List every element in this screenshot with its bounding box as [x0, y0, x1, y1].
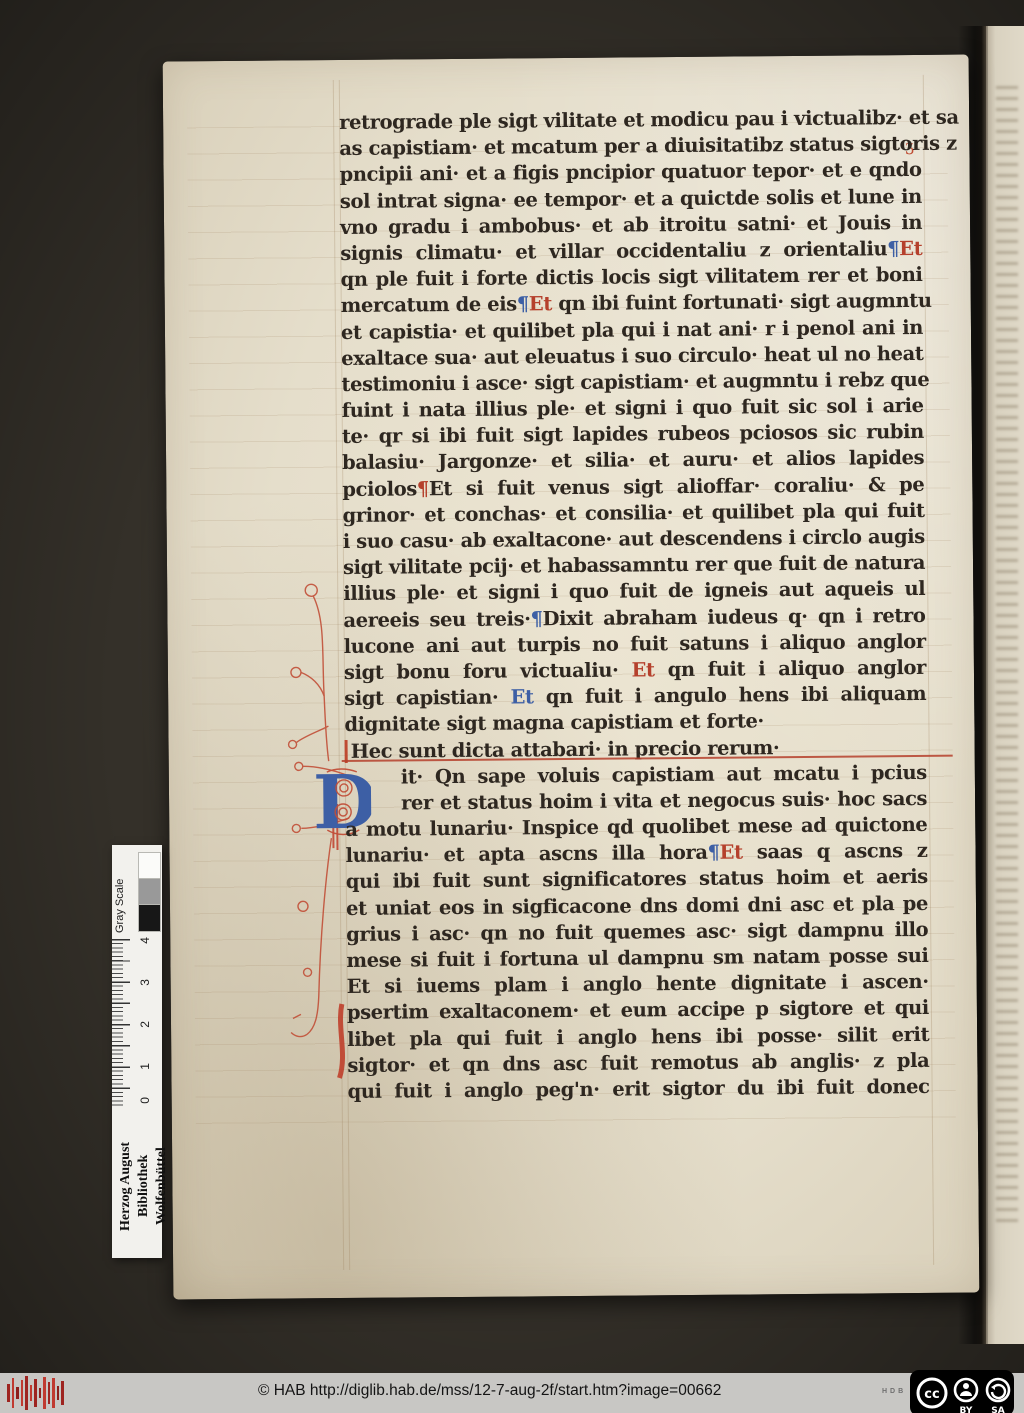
manuscript-text-segment: balasiu· Jargonze· et silia· et auru· et… — [342, 446, 924, 474]
facing-page-ghost-text — [996, 86, 1018, 1226]
manuscript-text-segment: qui ibi fuit sunt significatores status … — [346, 865, 928, 893]
manuscript-text-segment: retrograde ple sigt vilitate et modicu p… — [339, 106, 959, 134]
manuscript-text-segment: testimoniu i asce· sigt capistiam· et au… — [341, 368, 929, 396]
calibration-strip: Gray Scale 4 3 2 1 0 Herzog August Bibli… — [112, 845, 162, 1258]
rubricated-segment: Et — [529, 292, 552, 315]
manuscript-text-segment: te· qr si ibi fuit sigt lapides rubeos p… — [342, 420, 924, 448]
manuscript-text-segment: grinor· et conchas· et consilia· et quil… — [342, 499, 924, 527]
by-person-icon — [960, 1391, 972, 1396]
manuscript-text-segment: exaltace sua· aut eleuatus i suo circulo… — [341, 342, 923, 370]
ruler-number-2: 2 — [138, 1021, 152, 1028]
rubricated-segment: Et — [498, 685, 533, 708]
gray-scale-label: Gray Scale — [114, 851, 126, 933]
manuscript-text-segment: sigt bonu foru victualiu· — [344, 659, 619, 684]
manuscript-text-segment: sol intrat signa· ee tempor· et a quictd… — [340, 184, 922, 212]
gray-scale-patch-white — [138, 852, 161, 880]
manuscript-text-segment: as capistiam· et mcatum per a diuisitati… — [339, 132, 957, 160]
manuscript-text-segment: qn fuit i aliquo anglor — [654, 656, 926, 681]
manuscript-text-segment: pciolos — [342, 477, 417, 501]
manuscript-text-segment: fuint i nata illius ple· et signi i quo … — [342, 394, 924, 422]
manuscript-text-segment: aereeis seu treis· — [343, 607, 530, 632]
copyright-url-text: © HAB http://diglib.hab.de/mss/12-7-aug-… — [258, 1382, 721, 1400]
library-name-line2: Wolfenbüttel — [153, 1117, 171, 1255]
manuscript-text-segment: a motu lunariu· Inspice qd quolibet mese… — [345, 813, 927, 841]
manuscript-text-segment: mercatum de eis — [341, 293, 517, 318]
footer-mark: HDB — [882, 1388, 906, 1395]
manuscript-text-segment: Dixit abraham iudeus q· qn i retro — [543, 603, 926, 629]
scan-background: D ʒ retrograde ple sigt vilitate et modi… — [0, 0, 1024, 1413]
ruler-number-3: 3 — [138, 979, 152, 986]
manuscript-text-segment: psertim exaltaconem· et eum accipe p sig… — [347, 996, 929, 1024]
manuscript-text-segment: rer et status hoim i vita et negocus sui… — [401, 787, 927, 815]
ruler-ticks-major — [112, 939, 130, 1109]
rubricated-segment: Et — [899, 237, 922, 260]
manuscript-text-segment: signis climatu· et villar occidentaliu z… — [340, 237, 887, 265]
manuscript-text-segment: et uniat eos in sigficacone dns domi dni… — [346, 892, 928, 920]
manuscript-text-segment: it· Qn sape voluis capistiam aut mcatu i… — [401, 761, 927, 789]
rubricated-segment: ¶ — [517, 293, 529, 316]
manuscript-text-segment: sigt capistian· — [344, 686, 498, 710]
ruler-number-4: 4 — [138, 937, 152, 944]
manuscript-text-segment: mese si fuit i fortuna ul dampnu sm nata… — [346, 944, 928, 972]
rubricated-segment: Et — [719, 841, 742, 864]
manuscript-text-segment: saas q ascns z — [743, 839, 928, 864]
manuscript-text-segment: illius ple· et signi i quo fuit de ignei… — [343, 577, 925, 605]
library-name-line1: Herzog August Bibliothek — [117, 1117, 153, 1255]
manuscript-text-line: qui fuit i anglo peg'n· erit sigtor du i… — [347, 1074, 929, 1105]
manuscript-text-block: retrograde ple sigt vilitate et modicu p… — [339, 105, 930, 1105]
manuscript-text-segment: dignitate sigt magna capistiam et forte· — [344, 710, 764, 737]
manuscript-text-segment: i suo casu· ab exaltacone· aut descenden… — [343, 525, 925, 553]
manuscript-text-segment: sigtor· et qn dns asc fuit remotus ab an… — [347, 1049, 929, 1077]
manuscript-text-segment: grius i asc· qn no fuit quemes asc· sigt… — [346, 918, 928, 946]
manuscript-text-segment: lucone ani aut turpis no fuit satuns i a… — [344, 630, 926, 658]
gray-scale-patch-gray — [138, 878, 161, 906]
cc-license-badge: cc BY SA — [910, 1370, 1014, 1413]
manuscript-text-segment: lunariu· et apta ascns illa hora — [345, 841, 707, 867]
color-calibration-barcode — [6, 1375, 66, 1411]
manuscript-text-segment: qn ple fuit i forte dictis locis sigt vi… — [340, 263, 922, 291]
library-name: Herzog August Bibliothek Wolfenbüttel — [117, 1117, 159, 1255]
ruler-number-0: 0 — [138, 1097, 152, 1104]
sa-label: SA — [991, 1406, 1004, 1413]
footer-bar: © HAB http://diglib.hab.de/mss/12-7-aug-… — [0, 1373, 1024, 1413]
facing-page-edge — [986, 26, 1024, 1344]
manuscript-text-segment: qui fuit i anglo peg'n· erit sigtor du i… — [348, 1075, 930, 1103]
calibration-ruler: 4 3 2 1 0 — [112, 937, 162, 1113]
manuscript-text-segment: qn ibi fuint fortunati· sigt augmntu — [552, 289, 932, 315]
manuscript-text-segment: libet pla qui fuit i anglo hens ibi poss… — [347, 1022, 929, 1050]
manuscript-text-segment: vno gradu i ambobus· et ab itroitu satni… — [340, 211, 922, 239]
rubricated-segment: ¶ — [530, 607, 542, 630]
manuscript-page: D ʒ retrograde ple sigt vilitate et modi… — [163, 55, 980, 1300]
manuscript-text-segment: pncipii ani· et a figis pncipior quatuor… — [340, 158, 922, 186]
rubricated-segment: ¶ — [887, 237, 899, 260]
cc-by-sa-icons: cc BY SA — [910, 1370, 1014, 1413]
manuscript-text-segment: Et si fuit venus sigt alioffar· coraliu·… — [429, 473, 925, 500]
manuscript-text-segment: sigt vilitate pcij· et habassamntu rer q… — [343, 551, 925, 579]
cc-icon: cc — [924, 1387, 939, 1402]
rubricated-segment: H — [345, 739, 369, 762]
manuscript-text-segment: et capistia· et quilibet pla qui i nat a… — [341, 315, 923, 343]
ruler-number-1: 1 — [138, 1063, 152, 1070]
rubricated-segment: Et — [618, 658, 654, 681]
gray-scale-patch-black — [138, 904, 161, 932]
manuscript-text-segment: ec sunt dicta attabari· in precio rerum· — [369, 736, 780, 763]
manuscript-text-segment: Et si iuems plam i anglo hente dignitate… — [347, 970, 929, 998]
manuscript-text-segment: qn fuit i angulo hens ibi aliquam — [534, 682, 927, 708]
rubricated-segment: ¶ — [707, 841, 719, 864]
by-label: BY — [960, 1406, 973, 1413]
rubricated-segment: ¶ — [417, 477, 429, 500]
